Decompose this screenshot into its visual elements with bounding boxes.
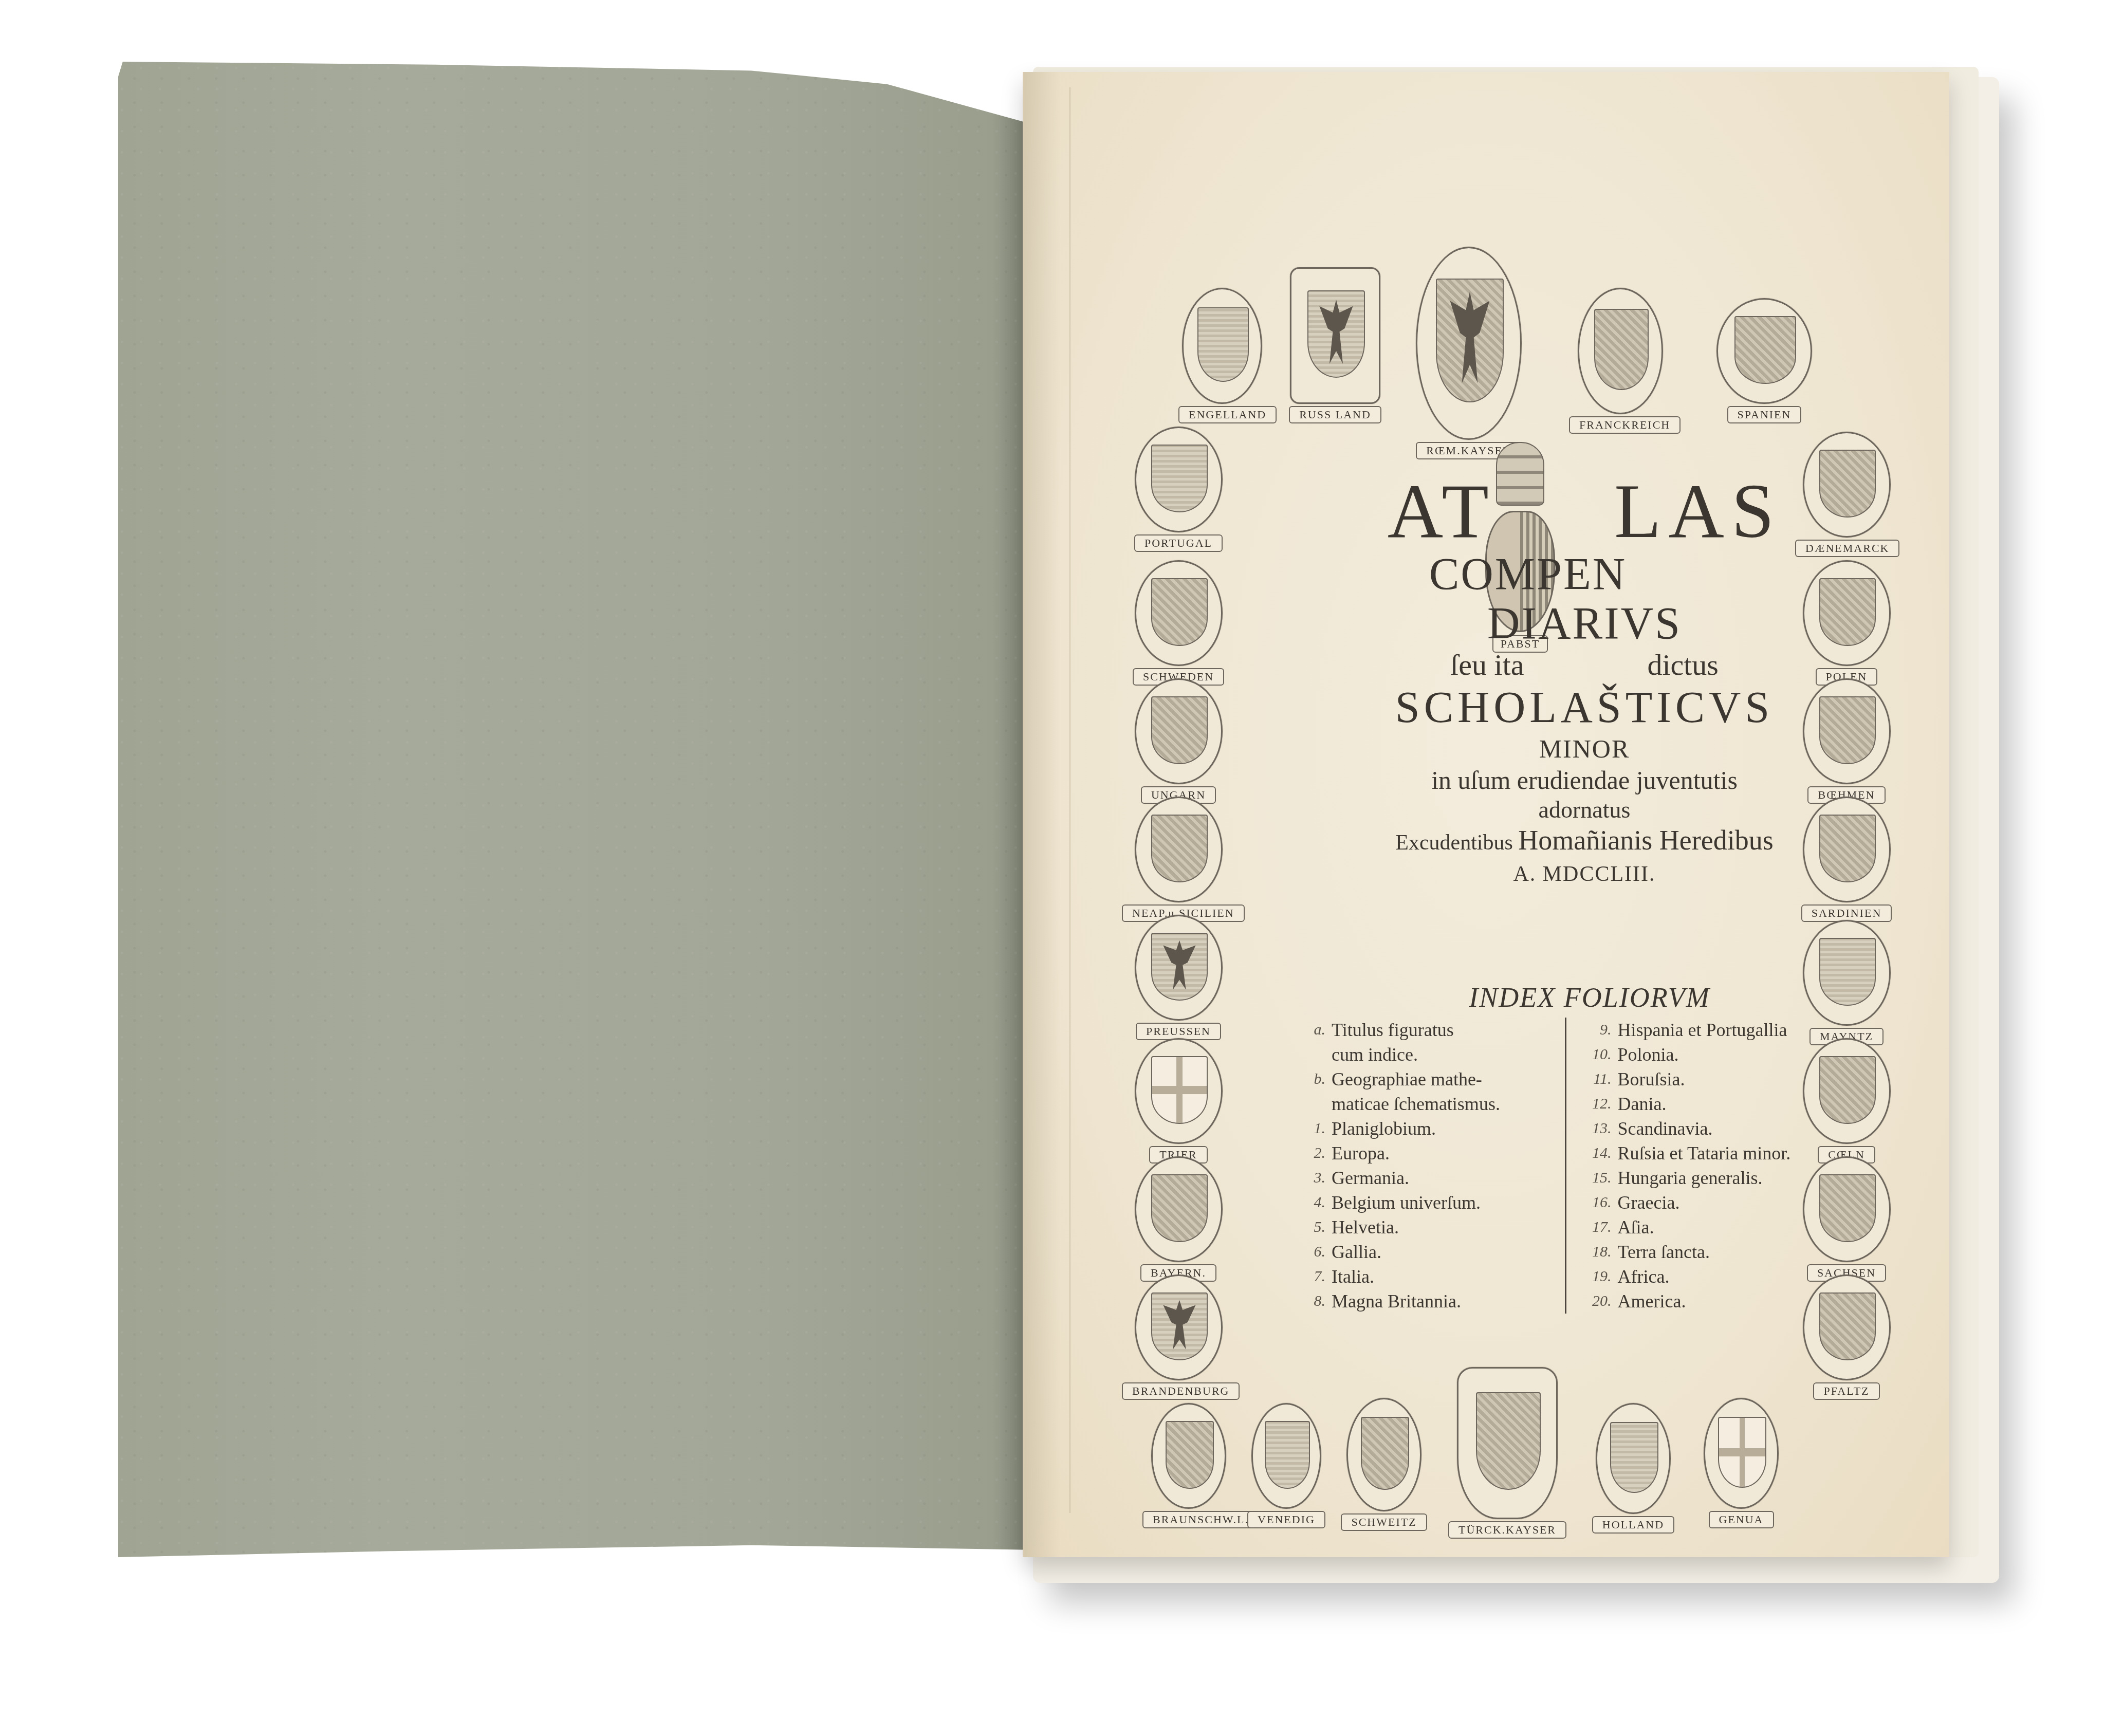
index-row: cum indice. [1302,1042,1559,1067]
shield-frame [1135,560,1223,666]
index-text: Titulus figuratus [1332,1018,1454,1042]
shield-frame [1182,288,1262,404]
crescent-banner-icon [1476,1392,1541,1490]
index-row: 10.Polonia. [1575,1042,1882,1067]
title-in-usum: in uſum erudiendae juventutis [1363,765,1805,796]
index-num: 5. [1302,1215,1332,1240]
arms-daenemarck: DÆNEMARCK [1795,432,1898,557]
index-num: a. [1302,1018,1332,1042]
index-text: Hungaria generalis. [1618,1166,1763,1190]
imperial-eagle-icon [1436,279,1504,402]
index-text: Geographiae mathe- [1332,1067,1482,1092]
arms-label: FRANCKREICH [1569,416,1681,434]
arms-trier: TRIER [1127,1038,1230,1164]
shield-frame [1704,1398,1779,1509]
arms-label: SCHWEITZ [1341,1513,1427,1531]
coat-of-arms-icon [1734,316,1796,384]
shield-frame [1596,1403,1671,1514]
index-num: 3. [1302,1166,1332,1190]
cantonal-shields-icon [1361,1417,1409,1490]
arms-label: HOLLAND [1592,1516,1674,1534]
arms-label: GENUA [1709,1511,1774,1528]
arms-boehmen: BŒHMEN [1795,678,1898,804]
index-text: Europa. [1332,1141,1390,1166]
index-text: America. [1618,1289,1686,1314]
lion-of-venice-icon [1265,1421,1309,1489]
index-text: Germania. [1332,1166,1409,1190]
arms-label: TÜRCK.KAYSER [1448,1521,1566,1539]
index-row: b.Geographiae mathe- [1302,1067,1559,1092]
index-row: 15.Hungaria generalis. [1575,1166,1882,1190]
index-text: maticae ſchematismus. [1332,1092,1500,1116]
index-row: 16.Graecia. [1575,1190,1882,1215]
index-text: Gallia. [1332,1240,1381,1264]
title-atlas: ATLAS [1363,473,1805,550]
index-row: 11.Boruſsia. [1575,1067,1882,1092]
grey-cover-page [118,62,1023,1557]
index-num: 12. [1575,1092,1618,1116]
arms-portugal: PORTUGAL [1127,427,1230,552]
index-text: Belgium univerſum. [1332,1190,1481,1215]
index-text: cum indice. [1332,1042,1418,1067]
index-title: INDEX FOLIORVM [1435,982,1744,1013]
index-num: 11. [1575,1067,1618,1092]
arms-ungarn: UNGARN [1127,678,1230,804]
arms-engelland: ENGELLAND [1178,288,1266,423]
arms-label: SARDINIEN [1801,904,1892,922]
title-minor: MINOR [1363,733,1805,765]
shield-frame [1135,915,1223,1021]
title-compendiarius: COMPENDIARIVS [1363,550,1805,649]
shield-frame [1135,427,1223,532]
arms-label: SPANIEN [1727,406,1802,423]
arms-sardinien: SARDINIEN [1795,797,1898,922]
index-row: maticae ſchematismus. [1302,1092,1559,1116]
arms-polen: POLEN [1795,560,1898,686]
index-row: 6.Gallia. [1302,1240,1559,1264]
title-year: A. MDCCLIII. [1363,859,1805,890]
index-num: 2. [1302,1141,1332,1166]
arms-bayern: BAYERN. [1127,1156,1230,1282]
arms-label: VENEDIG [1247,1511,1325,1528]
index-row: 4.Belgium univerſum. [1302,1190,1559,1215]
shield-frame [1135,797,1223,902]
index-row: 8.Magna Britannia. [1302,1289,1559,1314]
shield-frame [1251,1403,1321,1509]
title-compen: COMPEN [1429,549,1627,599]
index-row: 13.Scandinavia. [1575,1116,1882,1141]
double-eagle-icon [1307,290,1365,378]
coat-of-arms-icon [1151,578,1208,646]
imprint-prefix: Excudentibus [1395,831,1513,855]
index-num: 9. [1575,1018,1618,1042]
index-num: 10. [1575,1042,1618,1067]
index-row: 20.America. [1575,1289,1882,1314]
index-text: Dania. [1618,1092,1667,1116]
title-scholasticus: SCHOLAŠTICVS [1363,681,1805,733]
arms-label: PFALTZ [1813,1382,1879,1400]
index-row: a.Titulus figuratus [1302,1018,1559,1042]
eagle-icon [1151,1292,1208,1360]
coat-of-arms-icon [1819,450,1876,518]
arms-label: PREUSSEN [1136,1023,1221,1040]
title-page: ENGELLAND RUSS LAND RŒM.KAYSER FRANCKREI… [1023,72,1949,1557]
shield-frame [1803,920,1891,1026]
index-row: 2.Europa. [1302,1141,1559,1166]
index-num: 18. [1575,1240,1618,1264]
index-num: 7. [1302,1264,1332,1289]
index-text: Scandinavia. [1618,1116,1713,1141]
index-text: Italia. [1332,1264,1374,1289]
index-num: 15. [1575,1166,1618,1190]
title-diarius: DIARIVS [1487,599,1682,649]
coat-of-arms-icon [1819,578,1876,646]
index-num: 16. [1575,1190,1618,1215]
arms-tuerck-kayser: TÜRCK.KAYSER [1446,1367,1569,1539]
cover-gutter-shadow [992,62,1023,1557]
index-text: Ruſsia et Tataria minor. [1618,1141,1791,1166]
shield-frame [1803,678,1891,784]
coat-of-arms-icon [1151,696,1208,764]
shield-frame [1135,1156,1223,1262]
index-text: Planiglobium. [1332,1116,1436,1141]
shield-frame [1803,432,1891,538]
arms-label: BRANDENBURG [1122,1382,1240,1400]
index-row: 5.Helvetia. [1302,1215,1559,1240]
shield-frame [1457,1367,1558,1519]
index-row: 18.Terra ſancta. [1575,1240,1882,1264]
index-num [1302,1042,1332,1067]
index-text: Helvetia. [1332,1215,1399,1240]
shield-frame [1290,267,1380,404]
arms-venedig: VENEDIG [1245,1403,1327,1528]
arms-spanien: SPANIEN [1713,298,1816,423]
index-num: 17. [1575,1215,1618,1240]
shield-frame [1135,678,1223,784]
title-seu-ita-dictus: ſeu itadictus [1363,649,1805,681]
arms-russland: RUSS LAND [1286,267,1384,423]
coat-of-arms-icon [1151,445,1208,512]
index-text: Terra ſancta. [1618,1240,1710,1264]
index-num: 19. [1575,1264,1618,1289]
index-column-left: a.Titulus figuratus cum indice. b.Geogra… [1302,1018,1566,1314]
index-row: 19.Africa. [1575,1264,1882,1289]
title-dictus: dictus [1647,648,1719,681]
title-block: ATLAS COMPENDIARIVS ſeu itadictus SCHOLA… [1363,473,1805,890]
index-num: 13. [1575,1116,1618,1141]
index-row: 17.Aſia. [1575,1215,1882,1240]
index-row: 9.Hispania et Portugallia [1575,1018,1882,1042]
title-seu-ita: ſeu ita [1450,648,1524,681]
coat-of-arms-icon [1594,309,1649,390]
eagle-icon [1151,933,1208,1001]
arms-label: ENGELLAND [1178,406,1277,423]
index-num: 20. [1575,1289,1618,1314]
arms-label: BRAUNSCHW.L. [1142,1511,1259,1528]
lion-icon [1610,1422,1658,1493]
index-foliorum: a.Titulus figuratus cum indice. b.Geogra… [1302,1018,1882,1314]
arms-genua: GENUA [1697,1398,1785,1528]
arms-neap-sicilien: NEAP.u.SICILIEN [1122,797,1235,922]
shield-frame [1578,288,1663,414]
index-text: Aſia. [1618,1215,1654,1240]
shield-frame [1151,1403,1226,1509]
index-num: 1. [1302,1116,1332,1141]
arms-label: RUSS LAND [1289,406,1381,423]
arms-franckreich: FRANCKREICH [1569,288,1672,434]
index-num [1302,1092,1332,1116]
index-text: Polonia. [1618,1042,1679,1067]
arms-label: PORTUGAL [1134,534,1223,552]
index-row: 7.Italia. [1302,1264,1559,1289]
shield-frame [1803,797,1891,902]
cross-icon [1151,1056,1208,1124]
imprint-publisher: Homañianis Heredibus [1518,825,1773,856]
title-atlas-left: AT [1388,469,1496,554]
coat-of-arms-icon [1151,815,1208,882]
index-text: Hispania et Portugallia [1618,1018,1787,1042]
coat-of-arms-icon [1819,815,1876,882]
shield-frame [1135,1275,1223,1380]
arms-brandenburg: BRANDENBURG [1122,1275,1235,1400]
index-num: 8. [1302,1289,1332,1314]
title-atlas-right: LAS [1614,469,1781,554]
shield-frame [1416,247,1522,440]
index-text: Africa. [1618,1264,1670,1289]
arms-schweitz: SCHWEITZ [1338,1398,1430,1531]
index-column-right: 9.Hispania et Portugallia 10.Polonia. 11… [1566,1018,1882,1314]
index-text: Graecia. [1618,1190,1680,1215]
arms-holland: HOLLAND [1590,1403,1677,1534]
arms-braunschweig: BRAUNSCHW.L. [1142,1403,1235,1528]
shield-frame [1716,298,1812,404]
title-adornatus: adornatus [1363,796,1805,824]
index-text: Boruſsia. [1618,1067,1685,1092]
index-num: 6. [1302,1240,1332,1264]
index-row: 1.Planiglobium. [1302,1116,1559,1141]
arms-roem-kayser: RŒM.KAYSER [1410,247,1528,459]
coat-of-arms-icon [1819,696,1876,764]
coat-of-arms-icon [1166,1421,1214,1489]
index-row: 12.Dania. [1575,1092,1882,1116]
title-imprint: Excudentibus Homañianis Heredibus [1363,824,1805,859]
coat-of-arms-icon [1151,1174,1208,1242]
index-row: 14.Ruſsia et Tataria minor. [1575,1141,1882,1166]
coat-of-arms-icon [1197,307,1249,382]
index-num: b. [1302,1067,1332,1092]
arms-preussen: PREUSSEN [1127,915,1230,1040]
index-num: 4. [1302,1190,1332,1215]
shield-frame [1135,1038,1223,1144]
wheel-icon [1819,938,1876,1006]
cross-icon [1718,1417,1766,1488]
arms-label: DÆNEMARCK [1795,540,1899,557]
shield-frame [1803,560,1891,666]
index-text: Magna Britannia. [1332,1289,1461,1314]
arms-schweden: SCHWEDEN [1127,560,1230,686]
shield-frame [1346,1398,1421,1511]
index-num: 14. [1575,1141,1618,1166]
index-row: 3.Germania. [1302,1166,1559,1190]
